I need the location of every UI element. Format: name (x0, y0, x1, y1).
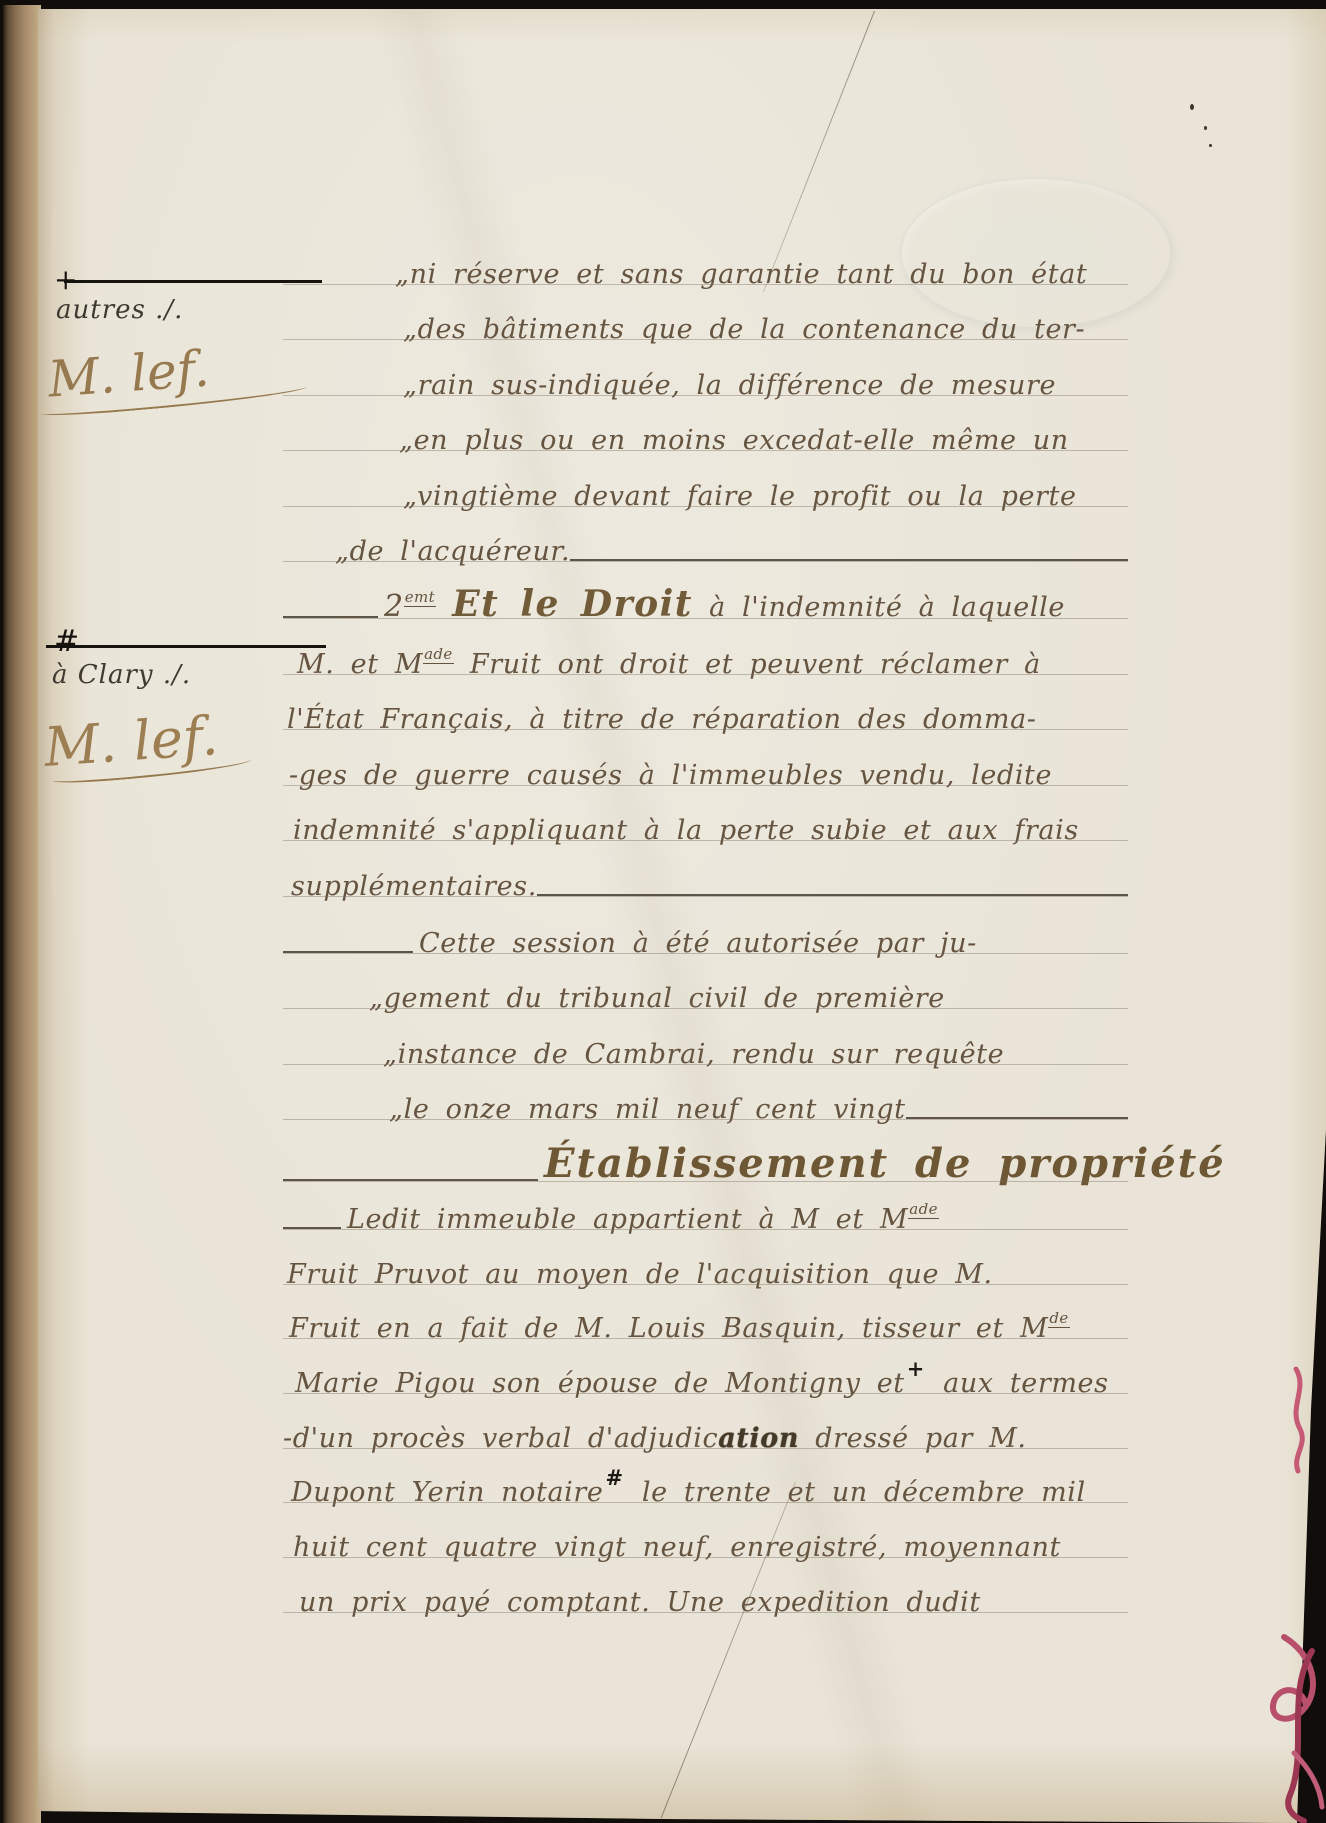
manuscript-line: Fruit Pruvot au moyen de l'acquisition q… (283, 1247, 1128, 1293)
manuscript-line: Cette session à été autorisée par ju- (283, 916, 1128, 962)
manuscript-line: 2emt Et le Droit à l'indemnité à laquell… (283, 581, 1128, 627)
ink-speck (1209, 144, 1212, 147)
line-text: Cette session à été autorisée par ju- (419, 929, 977, 959)
line-text: indemnité s'appliquant à la perte subie … (293, 816, 1079, 846)
line-text: „ni réserve et sans garantie tant du bon… (395, 260, 1087, 290)
manuscript-line: Marie Pigou son épouse de Montigny et+ a… (283, 1356, 1128, 1402)
line-text: „rain sus-indiquée, la différence de mes… (403, 371, 1056, 401)
manuscript-line: Dupont Yerin notaire# le trente et un dé… (283, 1465, 1128, 1511)
line-text: „des bâtiments que de la contenance du t… (403, 315, 1085, 345)
line-text: huit cent quatre vingt neuf, enregistré,… (293, 1533, 1061, 1563)
ink-speck (1190, 104, 1194, 110)
ink-filler-line (570, 559, 1128, 561)
manuscript-line: „ni réserve et sans garantie tant du bon… (283, 247, 1128, 293)
binding-thread (1250, 1355, 1326, 1823)
ink-filler-line (537, 894, 1128, 896)
ink-filler-line (283, 951, 413, 953)
line-text: 2emt Et le Droit à l'indemnité à laquell… (384, 584, 1065, 624)
manuscript-line: „des bâtiments que de la contenance du t… (283, 302, 1128, 348)
manuscript-line: huit cent quatre vingt neuf, enregistré,… (283, 1520, 1128, 1566)
line-text: Établissement de propriété (544, 1142, 1226, 1187)
line-text: Dupont Yerin notaire# le trente et un dé… (291, 1466, 1086, 1508)
margin-note-mark: + (54, 263, 77, 296)
line-text: „instance de Cambrai, rendu sur requête (383, 1040, 1004, 1070)
line-text: -d'un procès verbal d'adjudication dress… (283, 1424, 1027, 1454)
line-text: „en plus ou en moins excedat-elle même u… (399, 426, 1069, 456)
line-text: M. et Made Fruit ont droit et peuvent ré… (297, 646, 1041, 680)
manuscript-line: Fruit en a fait de M. Louis Basquin, tis… (283, 1301, 1128, 1347)
manuscript-line: „vingtième devant faire le profit ou la … (283, 469, 1128, 515)
line-text: supplémentaires. (291, 872, 537, 902)
manuscript-line: „en plus ou en moins excedat-elle même u… (283, 413, 1128, 459)
manuscript-line: „de l'acquéreur. (283, 524, 1128, 570)
manuscript-line: -d'un procès verbal d'adjudication dress… (283, 1411, 1128, 1457)
line-text: „vingtième devant faire le profit ou la … (403, 482, 1077, 512)
ink-filler-line (283, 1179, 538, 1181)
line-text: „de l'acquéreur. (335, 537, 570, 567)
line-text: l'État Français, à titre de réparation d… (287, 705, 1037, 735)
line-text: Marie Pigou son épouse de Montigny et+ a… (295, 1357, 1109, 1399)
manuscript-line: „instance de Cambrai, rendu sur requête (283, 1027, 1128, 1073)
line-text: „gement du tribunal civil de première (369, 984, 945, 1014)
line-text: Fruit en a fait de M. Louis Basquin, tis… (289, 1310, 1070, 1344)
line-text: Fruit Pruvot au moyen de l'acquisition q… (287, 1260, 993, 1290)
manuscript-line: „rain sus-indiquée, la différence de mes… (283, 358, 1128, 404)
paper-sheet: + autres ./. M. lef. # à Clary ./. M. le… (38, 9, 1326, 1823)
binding-edge (3, 5, 41, 1823)
manuscript-line: supplémentaires. (283, 859, 1128, 905)
line-text: Ledit immeuble appartient à M et Made (347, 1201, 939, 1235)
manuscript-line: un prix payé comptant. Une expedition du… (283, 1575, 1128, 1621)
margin-note-mark: # (54, 624, 79, 659)
manuscript-line: l'État Français, à titre de réparation d… (283, 692, 1128, 738)
manuscript-line: M. et Made Fruit ont droit et peuvent ré… (283, 637, 1128, 683)
manuscript-line: „le onze mars mil neuf cent vingt (283, 1082, 1128, 1128)
line-text: „le onze mars mil neuf cent vingt (389, 1095, 906, 1125)
scanned-document: + autres ./. M. lef. # à Clary ./. M. le… (0, 0, 1326, 1823)
manuscript-line: „gement du tribunal civil de première (283, 971, 1128, 1017)
manuscript-line: Ledit immeuble appartient à M et Made (283, 1192, 1128, 1238)
manuscript-line: indemnité s'appliquant à la perte subie … (283, 803, 1128, 849)
ink-filler-line (283, 616, 378, 618)
manuscript-line: -ges de guerre causés à l'immeubles vend… (283, 748, 1128, 794)
ink-filler-line (906, 1117, 1128, 1119)
ink-speck (1204, 126, 1207, 130)
ink-filler-line (283, 1227, 341, 1229)
line-text: -ges de guerre causés à l'immeubles vend… (289, 761, 1052, 791)
manuscript-heading: Établissement de propriété (283, 1128, 1128, 1190)
line-text: un prix payé comptant. Une expedition du… (299, 1588, 981, 1618)
